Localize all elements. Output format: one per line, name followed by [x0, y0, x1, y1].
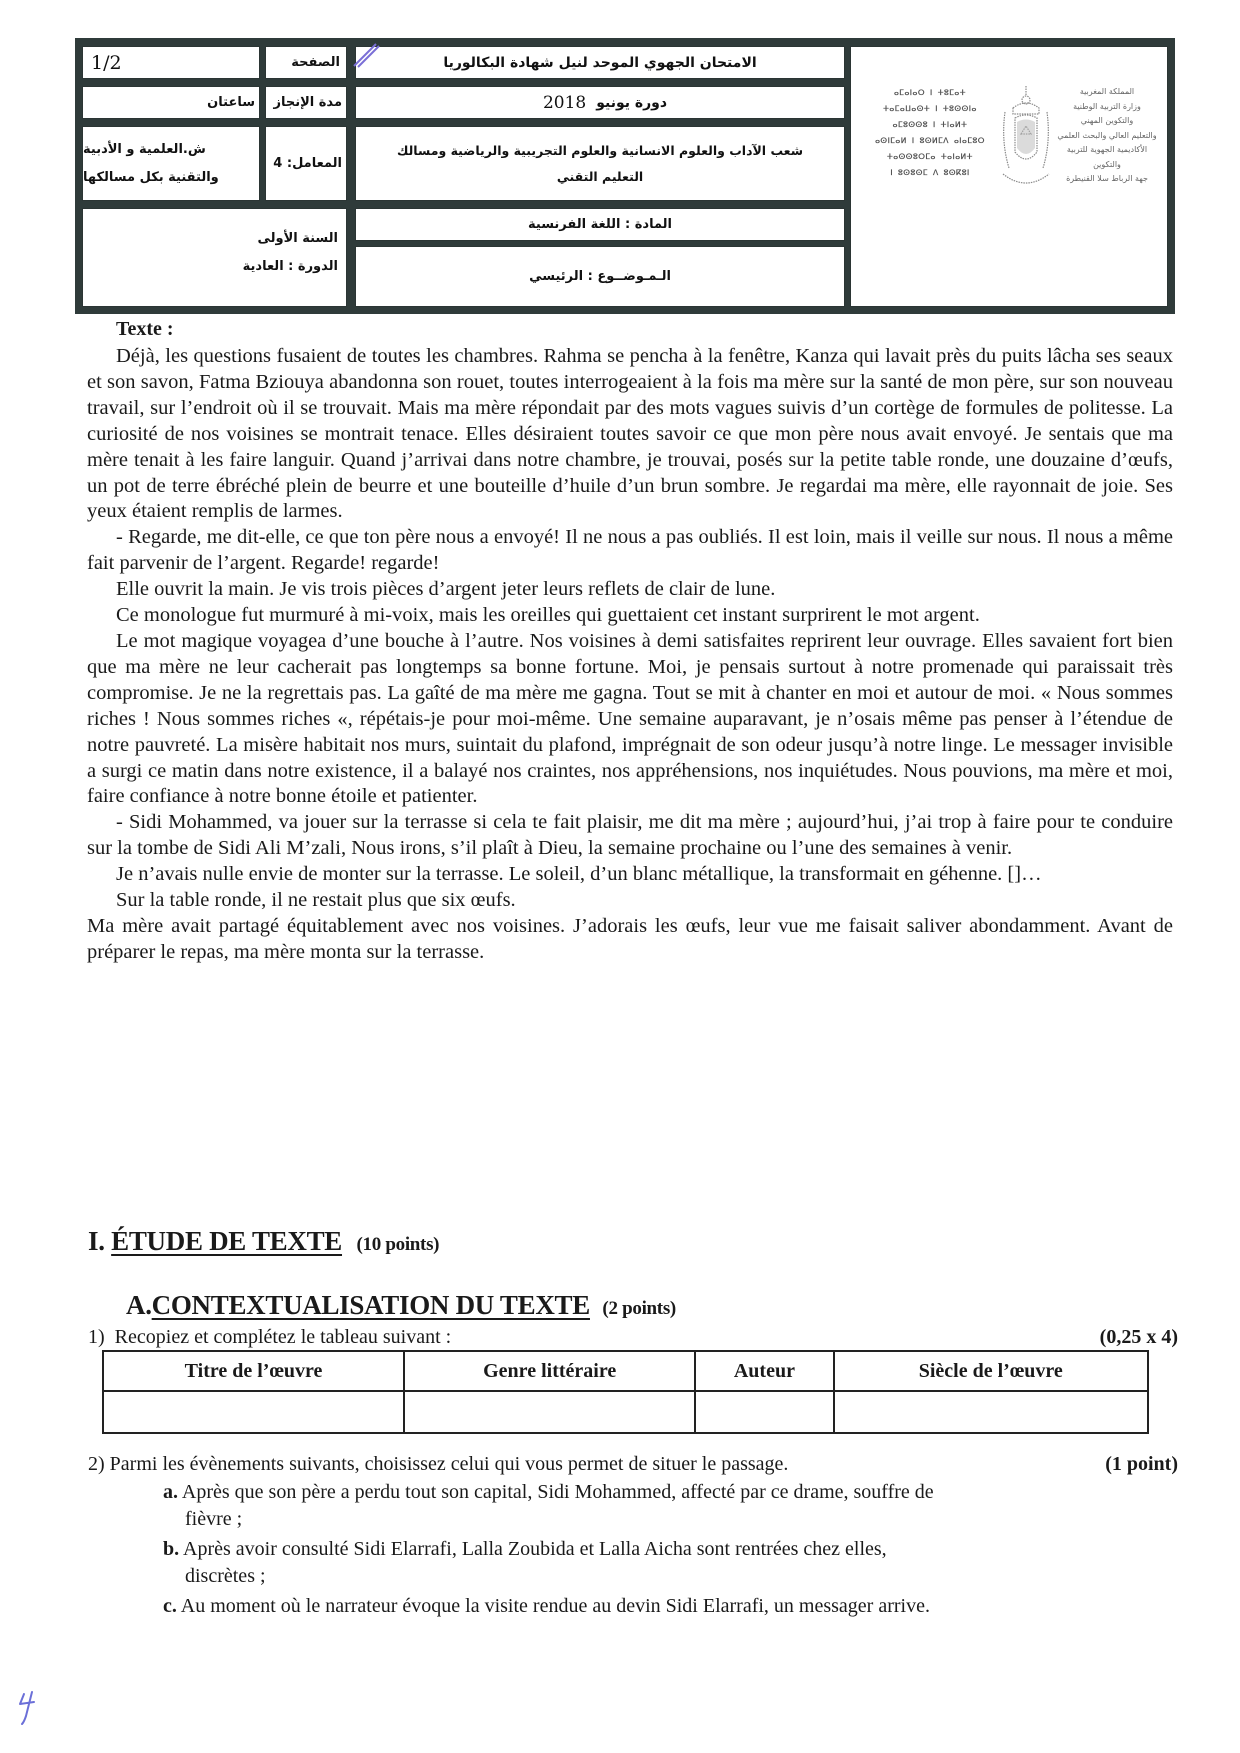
question-text: Parmi les évènements suivants, choisisse… [110, 1453, 789, 1475]
section-number: I. [88, 1226, 105, 1256]
section-points: (10 points) [356, 1234, 439, 1255]
table-cell-titre [103, 1391, 404, 1433]
arabic-ministry-name: المملكة المغربية وزارة التربية الوطنية و… [1057, 85, 1157, 187]
duration-value: ساعتان [82, 86, 260, 119]
option-b: b. Après avoir consulté Sidi Elarrafi, L… [163, 1536, 1163, 1590]
ministry-logo-box: ⴰⵎⴰⵏⴰⵔ ⵏ ⵜⵓⵎⴰⵜ ⵜⴰⵎⴰⵡⴰⵙⵜ ⵏ ⵜⵓⵙⵙⵏⴰ ⴰⵎⵓⵙⵙⵓ … [850, 46, 1168, 307]
question-2: 2) Parmi les évènements suivants, choisi… [88, 1453, 1178, 1476]
subsection-number: A. [126, 1290, 152, 1320]
column-header-siecle: Siècle de l’œuvre [834, 1351, 1148, 1391]
passage-paragraph: Elle ouvrit la main. Je vis trois pièces… [87, 577, 1173, 603]
table-cell-siecle [834, 1391, 1148, 1433]
subsection-heading-contextualisation: A.CONTEXTUALISATION DU TEXTE (2 points) [126, 1290, 676, 1321]
option-text-continued: discrètes ; [163, 1563, 1163, 1590]
question-points: (0,25 x 4) [1100, 1326, 1178, 1349]
passage-title: Texte : [116, 318, 174, 341]
passage-paragraph: Le mot magique voyagea d’une bouche à l’… [87, 629, 1173, 810]
pen-stroke-mark-icon [330, 40, 380, 70]
tifinagh-line: ⵜⴰⵙⵙⵓⵔⵎⴰ ⵜⴰⵏⴰⵍⵜ [865, 149, 995, 165]
duration-label: مدة الإنجاز [265, 86, 347, 119]
tifinagh-line: ⴰⵎⴰⵏⴰⵔ ⵏ ⵜⵓⵎⴰⵜ [865, 85, 995, 101]
coefficient: المعامل: 4 [265, 126, 347, 201]
passage-body: Déjà, les questions fusaient de toutes l… [87, 344, 1173, 966]
arabic-line: والتكوين المهني [1057, 114, 1157, 129]
tifinagh-line: ⴰⵙⵏⵎⴰⵍ ⵏ ⵓⵙⵍⵎⴷ ⴰⵏⴰⵎⵓⵔ [865, 133, 995, 149]
tifinagh-ministry-name: ⴰⵎⴰⵏⴰⵔ ⵏ ⵜⵓⵎⴰⵜ ⵜⴰⵎⴰⵡⴰⵙⵜ ⵏ ⵜⵓⵙⵙⵏⴰ ⴰⵎⵓⵙⵙⵓ … [865, 85, 995, 181]
exam-title: الامتحان الجهوي الموحد لنيل شهادة البكال… [355, 46, 845, 79]
exam-header-frame: 1/2 الصفحة ساعتان مدة الإنجاز ش.العلمية … [75, 38, 1175, 314]
arabic-line: الأكاديمية الجهوية للتربية والتكوين [1057, 143, 1157, 172]
passage-paragraph: Déjà, les questions fusaient de toutes l… [87, 344, 1173, 525]
option-letter: b. [163, 1538, 179, 1560]
passage-paragraph: Ce monologue fut murmuré à mi-voix, mais… [87, 603, 1173, 629]
passage-paragraph: Ma mère avait partagé équitablement avec… [87, 914, 1173, 966]
session-prefix: دورة يونيو [596, 95, 667, 111]
tifinagh-line: ⴰⵎⵓⵙⵙⵓ ⵏ ⵜⵏⴰⵍⵜ [865, 117, 995, 133]
contextualisation-table: Titre de l’œuvre Genre littéraire Auteur… [102, 1350, 1149, 1434]
option-text: Au moment où le narrateur évoque la visi… [181, 1595, 930, 1617]
arabic-line: المملكة المغربية [1057, 85, 1157, 100]
passage-paragraph: Sur la table ronde, il ne restait plus q… [87, 888, 1173, 914]
table-cell-genre [404, 1391, 695, 1433]
subject: المادة : اللغة الفرنسية [355, 208, 845, 241]
tifinagh-line: ⵏ ⵓⵙⵓⵙⵎ ⴷ ⵓⵙⴽⵓⵏ [865, 165, 995, 181]
tifinagh-line: ⵜⴰⵎⴰⵡⴰⵙⵜ ⵏ ⵜⵓⵙⵙⵏⴰ [865, 101, 995, 117]
option-letter: a. [163, 1481, 178, 1503]
table-row [103, 1391, 1148, 1433]
option-letter: c. [163, 1595, 177, 1617]
year-level: السنة الأولى [257, 225, 338, 253]
question-number: 2) [88, 1453, 105, 1475]
streams-full-line-1: شعب الآداب والعلوم الانسانية والعلوم الت… [397, 138, 803, 164]
table-header-row: Titre de l’œuvre Genre littéraire Auteur… [103, 1351, 1148, 1391]
passage-paragraph: - Regarde, me dit-elle, ce que ton père … [87, 525, 1173, 577]
streams-full: شعب الآداب والعلوم الانسانية والعلوم الت… [355, 126, 845, 201]
page-number: 1/2 [82, 46, 260, 79]
option-a: a. Après que son père a perdu tout son c… [163, 1479, 1163, 1533]
streams-short: ش.العلمية و الأدبية والتقنية بكل مسالكها [82, 126, 260, 201]
arabic-line: جهة الرباط سلا القنيطرة [1057, 172, 1157, 187]
streams-full-line-2: التعليم التقني [557, 164, 643, 190]
session-year: 2018 [543, 93, 586, 113]
arabic-line: والتعليم العالي والبحث العلمي [1057, 129, 1157, 144]
column-header-titre: Titre de l’œuvre [103, 1351, 404, 1391]
column-header-auteur: Auteur [695, 1351, 833, 1391]
option-text: Après que son père a perdu tout son capi… [182, 1481, 934, 1503]
question-1: 1) Recopiez et complétez le tableau suiv… [88, 1326, 1178, 1349]
level-session-box: السنة الأولى الدورة : العادية [82, 208, 347, 307]
moroccan-coat-of-arms-icon [999, 82, 1053, 202]
subsection-points: (2 points) [602, 1298, 676, 1319]
option-text-continued: fièvre ; [163, 1506, 1163, 1533]
passage-paragraph: - Sidi Mohammed, va jouer sur la terrass… [87, 810, 1173, 862]
option-c: c. Au moment où le narrateur évoque la v… [163, 1593, 1163, 1620]
handwritten-mark-icon [16, 1688, 46, 1728]
arabic-line: وزارة التربية الوطنية [1057, 100, 1157, 115]
topic: الـمـوضــوع : الرئيسي [355, 246, 845, 307]
question-text: Recopiez et complétez le tableau suivant… [115, 1326, 452, 1348]
question-number: 1) [88, 1326, 105, 1348]
column-header-genre: Genre littéraire [404, 1351, 695, 1391]
option-text: Après avoir consulté Sidi Elarrafi, Lall… [183, 1538, 887, 1560]
subsection-title: CONTEXTUALISATION DU TEXTE [152, 1290, 590, 1320]
streams-short-line-2: والتقنية بكل مسالكها [83, 164, 219, 192]
session-type: الدورة : العادية [243, 253, 338, 281]
table-cell-auteur [695, 1391, 833, 1433]
section-title: ÉTUDE DE TEXTE [111, 1226, 342, 1256]
section-heading-etude: I. ÉTUDE DE TEXTE (10 points) [88, 1226, 439, 1257]
exam-session: دورة يونيو 2018 [355, 86, 845, 119]
passage-paragraph: Je n’avais nulle envie de monter sur la … [87, 862, 1173, 888]
streams-short-line-1: ش.العلمية و الأدبية [83, 136, 206, 164]
question-points: (1 point) [1105, 1453, 1178, 1476]
